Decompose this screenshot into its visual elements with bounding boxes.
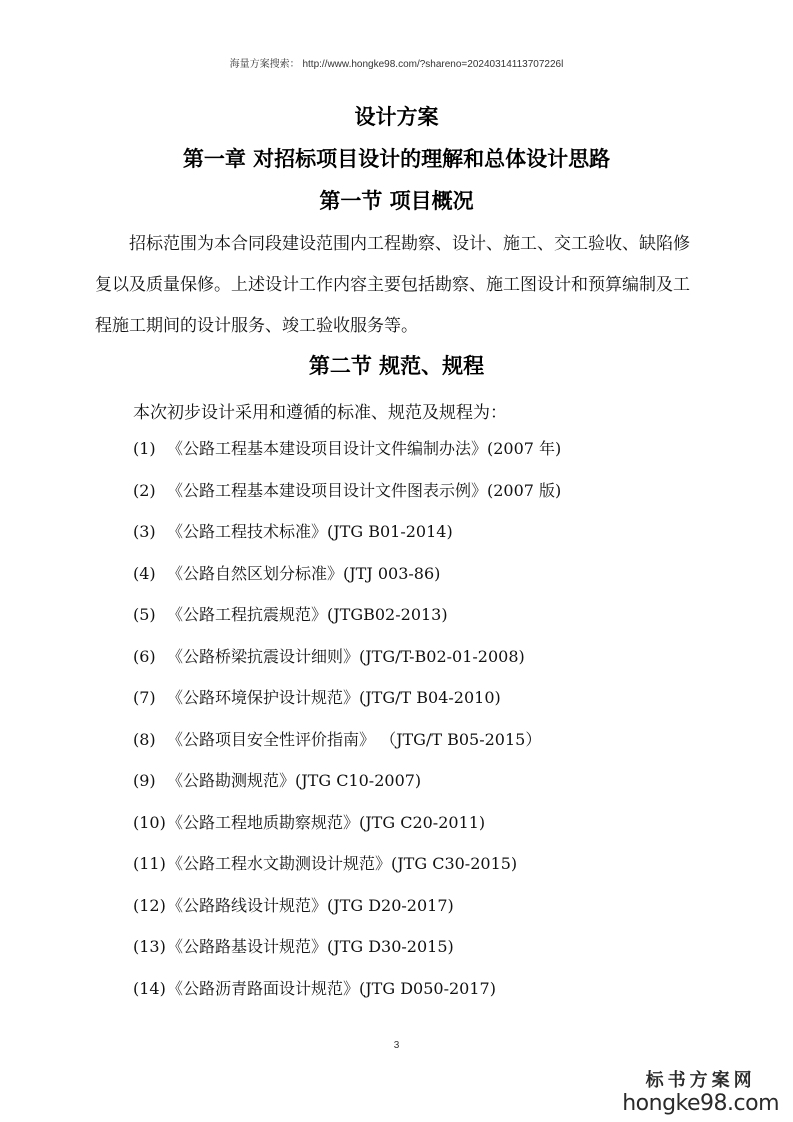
item-text: 《公路沥青路面设计规范》(JTG D050-2017) (167, 979, 496, 998)
item-text: 《公路路基设计规范》(JTG D30-2015) (167, 937, 454, 956)
item-number: (6) (133, 636, 167, 678)
list-item: (5)《公路工程抗震规范》(JTGB02-2013) (133, 594, 561, 636)
item-number: (2) (133, 470, 167, 512)
item-number: (4) (133, 553, 167, 595)
watermark-logo: 标书方案网 hongke98.com (622, 1070, 779, 1116)
list-item: (7)《公路环境保护设计规范》(JTG/T B04-2010) (133, 677, 561, 719)
item-number: (5) (133, 594, 167, 636)
item-text: 《公路工程地质勘察规范》(JTG C20-2011) (167, 813, 485, 832)
chapter-title: 第一章 对招标项目设计的理解和总体设计思路 (0, 143, 793, 173)
list-item: (12)《公路路线设计规范》(JTG D20-2017) (133, 885, 561, 927)
item-text: 《公路路线设计规范》(JTG D20-2017) (167, 896, 454, 915)
section-1-title: 第一节 项目概况 (0, 185, 793, 215)
watermark-chinese: 标书方案网 (622, 1070, 779, 1092)
list-item: (1)《公路工程基本建设项目设计文件编制办法》(2007 年) (133, 428, 561, 470)
item-number: (11) (133, 843, 167, 885)
item-number: (10) (133, 802, 167, 844)
section-1-paragraph: 招标范围为本合同段建设范围内工程勘察、设计、施工、交工验收、缺陷修复以及质量保修… (95, 224, 705, 347)
item-number: (9) (133, 760, 167, 802)
section-2-title: 第二节 规范、规程 (0, 350, 793, 380)
item-text: 《公路自然区划分标准》(JTJ 003-86) (167, 564, 440, 583)
list-item: (11)《公路工程水文勘测设计规范》(JTG C30-2015) (133, 843, 561, 885)
item-number: (8) (133, 719, 167, 761)
item-text: 《公路桥梁抗震设计细则》(JTG/T-B02-01-2008) (167, 647, 525, 666)
list-item: (8)《公路项目安全性评价指南》 （JTG/T B05-2015） (133, 719, 561, 761)
header-source-url: 海量方案搜索： http://www.hongke98.com/?shareno… (0, 55, 793, 70)
list-item: (9)《公路勘测规范》(JTG C10-2007) (133, 760, 561, 802)
page-number: 3 (0, 1040, 793, 1051)
list-item: (4)《公路自然区划分标准》(JTJ 003-86) (133, 553, 561, 595)
item-number: (13) (133, 926, 167, 968)
list-item: (2)《公路工程基本建设项目设计文件图表示例》(2007 版) (133, 470, 561, 512)
item-number: (1) (133, 428, 167, 470)
list-item: (13)《公路路基设计规范》(JTG D30-2015) (133, 926, 561, 968)
item-text: 《公路工程技术标准》(JTG B01-2014) (167, 522, 453, 541)
item-text: 《公路工程基本建设项目设计文件编制办法》(2007 年) (167, 439, 561, 458)
item-text: 《公路项目安全性评价指南》 （JTG/T B05-2015） (167, 730, 541, 749)
standards-list: (1)《公路工程基本建设项目设计文件编制办法》(2007 年) (2)《公路工程… (133, 428, 561, 1009)
list-item: (10)《公路工程地质勘察规范》(JTG C20-2011) (133, 802, 561, 844)
list-item: (6)《公路桥梁抗震设计细则》(JTG/T-B02-01-2008) (133, 636, 561, 678)
list-item: (14)《公路沥青路面设计规范》(JTG D050-2017) (133, 968, 561, 1010)
item-text: 《公路工程水文勘测设计规范》(JTG C30-2015) (167, 854, 517, 873)
item-number: (3) (133, 511, 167, 553)
list-item: (3)《公路工程技术标准》(JTG B01-2014) (133, 511, 561, 553)
item-text: 《公路勘测规范》(JTG C10-2007) (167, 771, 421, 790)
item-text: 《公路环境保护设计规范》(JTG/T B04-2010) (167, 688, 501, 707)
item-number: (12) (133, 885, 167, 927)
item-text: 《公路工程抗震规范》(JTGB02-2013) (167, 605, 448, 624)
item-number: (14) (133, 968, 167, 1010)
watermark-domain: hongke98.com (622, 1092, 779, 1116)
document-title: 设计方案 (0, 101, 793, 131)
item-text: 《公路工程基本建设项目设计文件图表示例》(2007 版) (167, 481, 561, 500)
item-number: (7) (133, 677, 167, 719)
